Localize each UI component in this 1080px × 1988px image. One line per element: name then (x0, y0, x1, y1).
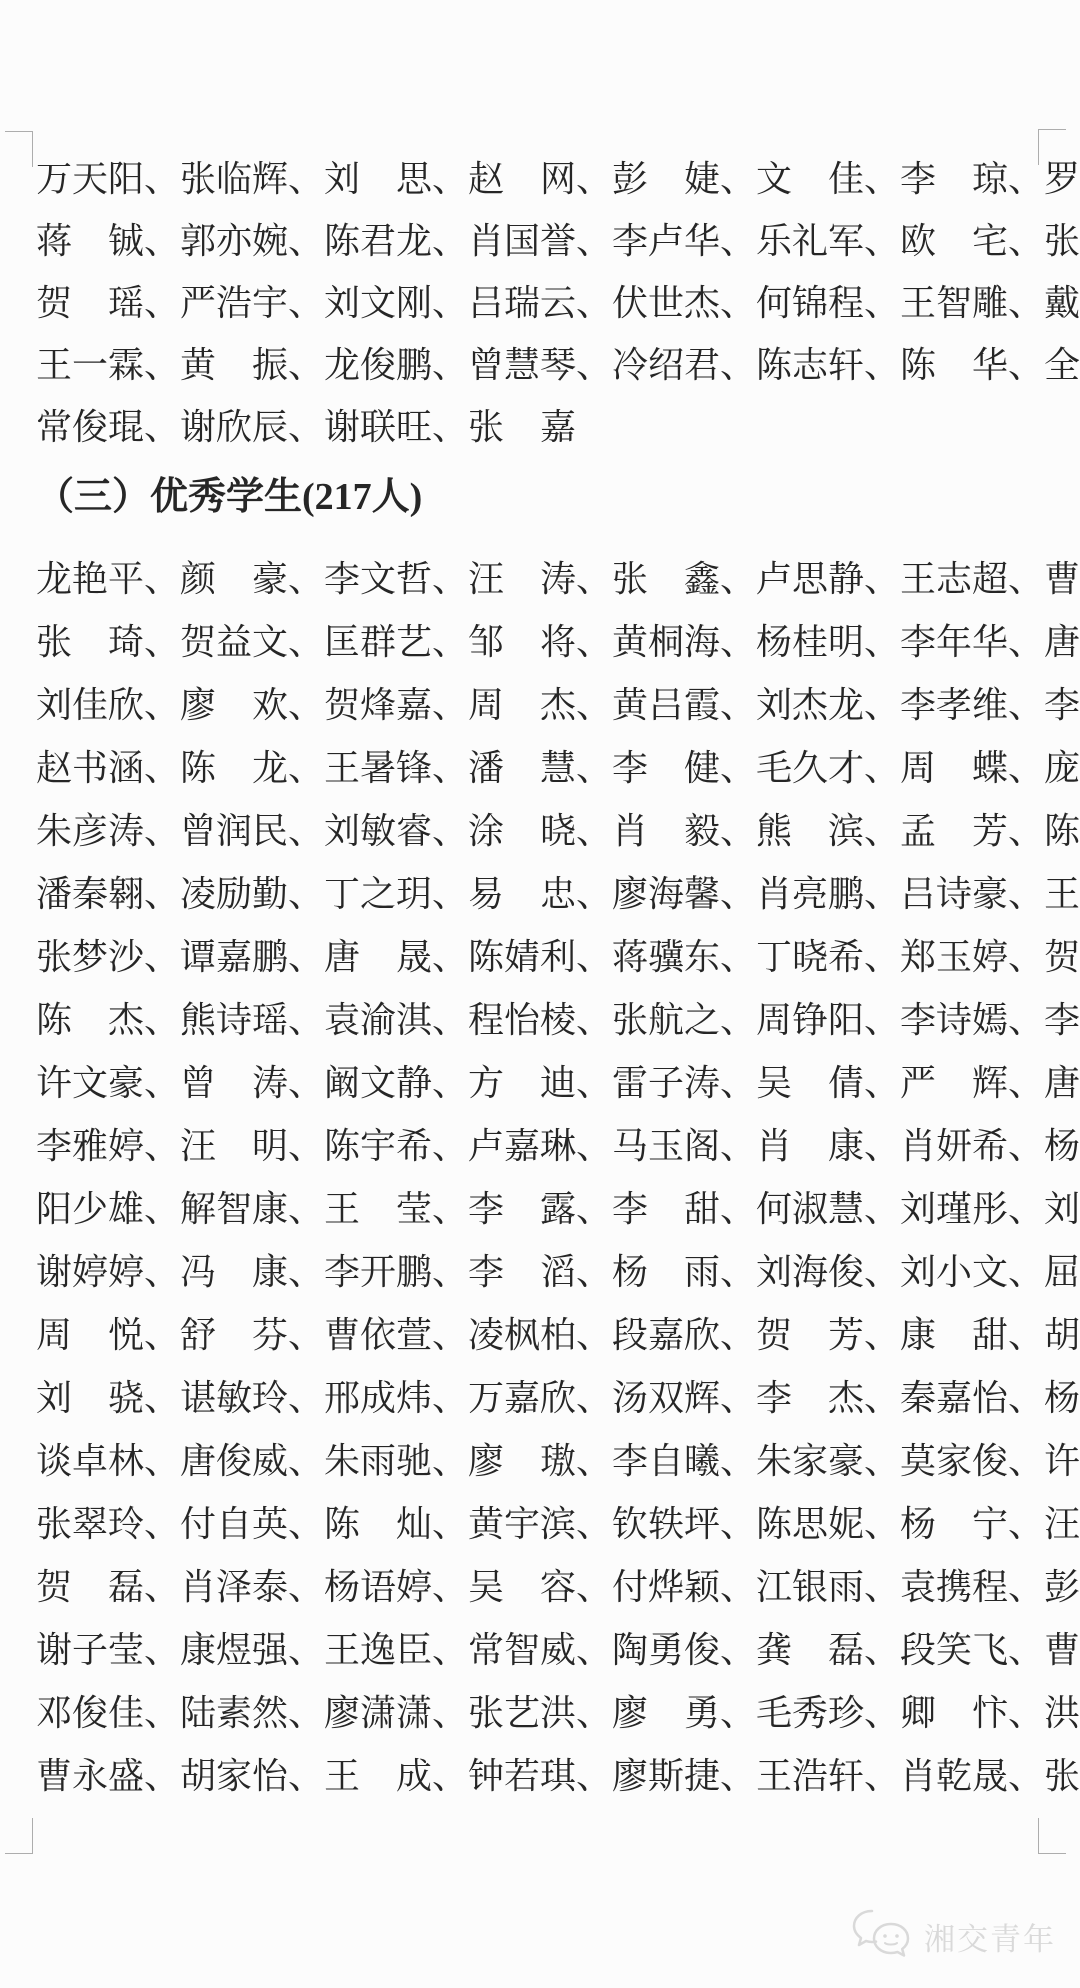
name-line: 贺 瑶、严浩宇、刘文刚、吕瑞云、伏世杰、何锦程、王智雕、戴熔棋 (36, 272, 1044, 334)
crop-mark-bottom-left (5, 1818, 33, 1854)
document-content: 万天阳、张临辉、刘 思、赵 网、彭 婕、文 佳、李 琼、罗 衡蒋 铖、郭亦婉、陈… (36, 148, 1044, 1808)
name-line: 赵书涵、陈 龙、王暑锋、潘 慧、李 健、毛久才、周 蝶、庞闻彦 (36, 737, 1044, 800)
name-line: 李雅婷、汪 明、陈宇希、卢嘉琳、马玉阁、肖 康、肖妍希、杨姝怡 (36, 1115, 1044, 1178)
name-line: 曹永盛、胡家怡、王 成、钟若琪、廖斯捷、王浩轩、肖乾晟、张泽鹏 (36, 1745, 1044, 1808)
name-line: 刘佳欣、廖 欢、贺烽嘉、周 杰、黄吕霞、刘杰龙、李孝维、李耀祖 (36, 674, 1044, 737)
crop-mark-bottom-right (1038, 1818, 1066, 1854)
name-line: 常俊琨、谢欣辰、谢联旺、张 嘉 (36, 396, 1044, 458)
name-line: 邓俊佳、陆素然、廖潇潇、张艺洪、廖 勇、毛秀珍、卿 忭、洪思棋 (36, 1682, 1044, 1745)
name-line: 张梦沙、谭嘉鹏、唐 晟、陈婧利、蒋骥东、丁晓希、郑玉婷、贺洪蕾 (36, 926, 1044, 989)
name-line: 潘秦翱、凌励勤、丁之玥、易 忠、廖海馨、肖亮鹏、吕诗豪、王学瑶 (36, 863, 1044, 926)
name-line: 张 琦、贺益文、匡群艺、邹 将、黄桐海、杨桂明、李年华、唐 静 (36, 611, 1044, 674)
name-line: 万天阳、张临辉、刘 思、赵 网、彭 婕、文 佳、李 琼、罗 衡 (36, 148, 1044, 210)
speech-bubbles-icon (850, 1907, 914, 1966)
name-line: 蒋 铖、郭亦婉、陈君龙、肖国誉、李卢华、乐礼军、欧 宅、张 涵 (36, 210, 1044, 272)
name-line: 阳少雄、解智康、王 莹、李 露、李 甜、何淑慧、刘瑾彤、刘 军 (36, 1178, 1044, 1241)
name-line: 谢婷婷、冯 康、李开鹏、李 滔、杨 雨、刘海俊、刘小文、屈佳强 (36, 1241, 1044, 1304)
name-line: 贺 磊、肖泽泰、杨语婷、吴 容、付烨颖、江银雨、袁携程、彭德靖 (36, 1556, 1044, 1619)
name-line: 陈 杰、熊诗瑶、袁渝淇、程怡棱、张航之、周铮阳、李诗嫣、李俊伟 (36, 989, 1044, 1052)
name-line: 刘 骁、谌敏玲、邢成炜、万嘉欣、汤双辉、李 杰、秦嘉怡、杨 羽 (36, 1367, 1044, 1430)
name-list-continued: 万天阳、张临辉、刘 思、赵 网、彭 婕、文 佳、李 琼、罗 衡蒋 铖、郭亦婉、陈… (36, 148, 1044, 458)
name-line: 谢子莹、康煜强、王逸臣、常智威、陶勇俊、龚 磊、段笑飞、曹 涛 (36, 1619, 1044, 1682)
name-line: 张翠玲、付自英、陈 灿、黄宇滨、钦轶坪、陈思妮、杨 宁、汪怡靓 (36, 1493, 1044, 1556)
watermark: 湘交青年 (850, 1906, 1056, 1966)
name-line: 朱彦涛、曾润民、刘敏睿、涂 晓、肖 毅、熊 滨、孟 芳、陈代齐 (36, 800, 1044, 863)
crop-mark-top-left (5, 131, 33, 167)
name-line: 龙艳平、颜 豪、李文哲、汪 涛、张 鑫、卢思静、王志超、曹 鑫 (36, 548, 1044, 611)
watermark-text: 湘交青年 (924, 1914, 1056, 1959)
name-line: 许文豪、曾 涛、阚文静、方 迪、雷子涛、吴 倩、严 辉、唐德洋 (36, 1052, 1044, 1115)
name-line: 周 悦、舒 芬、曹依萱、凌枫柏、段嘉欣、贺 芳、康 甜、胡芷康 (36, 1304, 1044, 1367)
name-line: 王一霖、黄 振、龙俊鹏、曾慧琴、冷绍君、陈志轩、陈 华、全 珂 (36, 334, 1044, 396)
document-page: 万天阳、张临辉、刘 思、赵 网、彭 婕、文 佳、李 琼、罗 衡蒋 铖、郭亦婉、陈… (0, 0, 1080, 1988)
excellent-students-list: 龙艳平、颜 豪、李文哲、汪 涛、张 鑫、卢思静、王志超、曹 鑫张 琦、贺益文、匡… (36, 548, 1044, 1808)
name-line: 谈卓林、唐俊威、朱雨驰、廖 璈、李自曦、朱家豪、莫家俊、许振琛 (36, 1430, 1044, 1493)
section-heading: （三）优秀学生(217人) (36, 466, 1044, 528)
